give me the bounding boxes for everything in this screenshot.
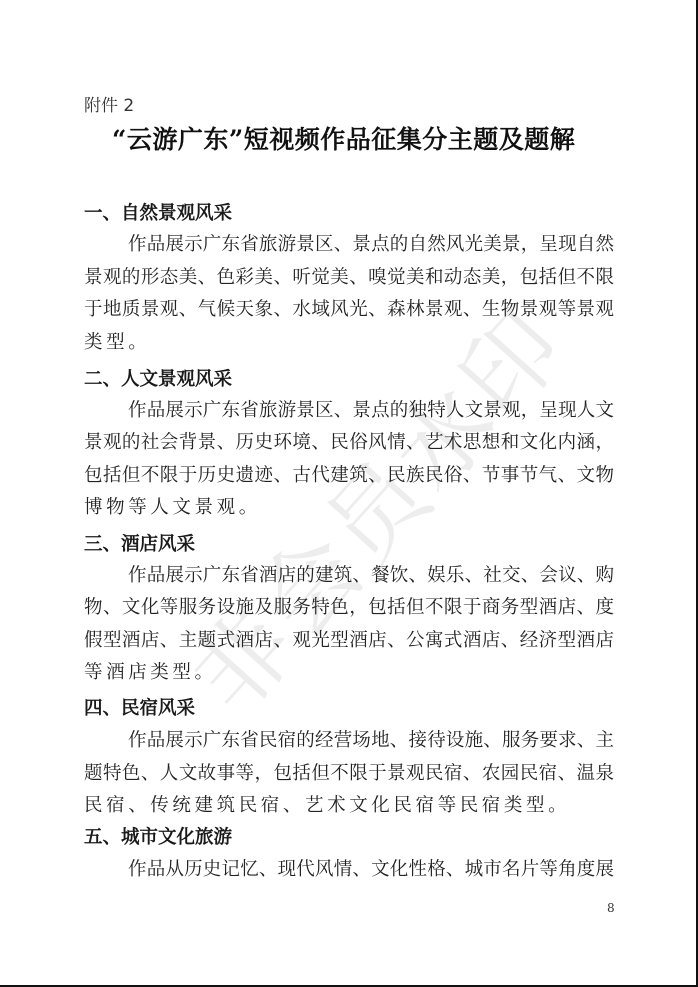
- section-heading-hotel: 三、酒店风采: [84, 532, 195, 558]
- paragraph-line: 作品展示广东省酒店的建筑、餐饮、娱乐、社交、会议、购: [128, 563, 614, 589]
- section-heading-cultural-scenery: 二、人文景观风采: [84, 367, 232, 393]
- section-heading-urban-culture-tourism: 五、城市文化旅游: [84, 825, 232, 851]
- section-heading-homestay: 四、民宿风采: [84, 696, 195, 722]
- paragraph-line: 作品从历史记忆、现代风情、文化性格、城市名片等角度展: [128, 857, 614, 883]
- page-number: 8: [607, 901, 615, 915]
- section-heading-natural-scenery: 一、自然景观风采: [84, 201, 232, 227]
- paragraph-line: 作品展示广东省旅游景区、景点的自然风光美景，呈现自然: [128, 232, 614, 258]
- paragraph-line: 物、文化等服务设施及服务特色，包括但不限于商务型酒店、度: [84, 595, 614, 621]
- document-page: 非会员水印 附件 2 “云游广东”短视频作品征集分主题及题解 一、自然景观风采 …: [0, 0, 698, 987]
- paragraph-line: 民宿、传统建筑民宿、艺术文化民宿等民宿类型。: [84, 793, 614, 819]
- paragraph-line: 景观的形态美、色彩美、听觉美、嗅觉美和动态美，包括但不限: [84, 265, 614, 291]
- paragraph-line: 等酒店类型。: [84, 660, 614, 686]
- paragraph-line: 类型。: [84, 330, 614, 356]
- page-title: “云游广东”短视频作品征集分主题及题解: [112, 120, 600, 156]
- paragraph-line: 博物等人文景观。: [84, 495, 614, 521]
- attachment-label: 附件 2: [84, 91, 134, 116]
- paragraph-line: 包括但不限于历史遗迹、古代建筑、民族民俗、节事节气、文物: [84, 463, 614, 489]
- paragraph-line: 假型酒店、主题式酒店、观光型酒店、公寓式酒店、经济型酒店: [84, 628, 614, 654]
- paragraph-line: 景观的社会背景、历史环境、民俗风情、艺术思想和文化内涵，: [84, 430, 614, 456]
- paragraph-line: 题特色、人文故事等，包括但不限于景观民宿、农园民宿、温泉: [84, 761, 614, 787]
- paragraph-line: 于地质景观、气候天象、水域风光、森林景观、生物景观等景观: [84, 297, 614, 323]
- paragraph-line: 作品展示广东省旅游景区、景点的独特人文景观，呈现人文: [128, 398, 614, 424]
- paragraph-line: 作品展示广东省民宿的经营场地、接待设施、服务要求、主: [128, 728, 614, 754]
